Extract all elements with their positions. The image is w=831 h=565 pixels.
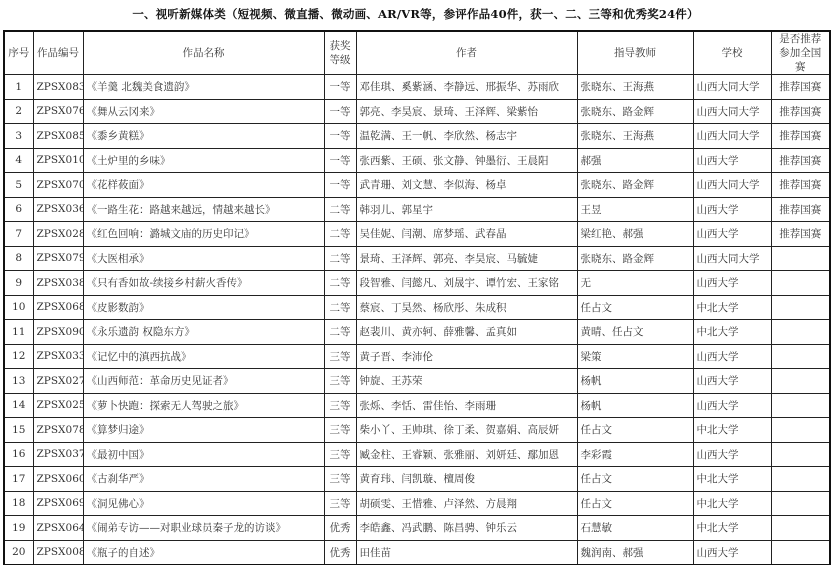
table-row: 11ZPSX090《永乐遗韵 权隐东方》二等赵裴川、黄亦轲、薛雅馨、孟真如黄晴、…: [4, 320, 830, 345]
cell-authors: 蔡宸、丁昊然、杨欣彤、朱成积: [356, 295, 577, 320]
cell-name: 《最初中国》: [83, 442, 324, 467]
cell-advisors: 梁策: [577, 344, 693, 369]
cell-advisors: 张晓东、王海燕: [577, 124, 693, 149]
cell-award: 二等: [324, 320, 356, 345]
cell-award: 二等: [324, 271, 356, 296]
cell-school: 山西大同大学: [693, 173, 771, 198]
cell-name: 《羊羹 北魏美食遗韵》: [83, 75, 324, 100]
cell-authors: 吴佳妮、闫潮、席梦瑶、武春晶: [356, 222, 577, 247]
cell-school: 中北大学: [693, 491, 771, 516]
cell-index: 4: [4, 148, 33, 173]
cell-name: 《永乐遗韵 权隐东方》: [83, 320, 324, 345]
table-row: 16ZPSX037《最初中国》三等臧金柱、王睿颖、张雅丽、刘妍廷、鄢加恩李彩霞山…: [4, 442, 830, 467]
cell-name: 《一路生花：路越来越远，情越来越长》: [83, 197, 324, 222]
cell-school: 山西大学: [693, 369, 771, 394]
cell-recommend: [771, 540, 830, 565]
cell-advisors: 石慧敏: [577, 516, 693, 541]
cell-school: 山西大学: [693, 148, 771, 173]
cell-authors: 武青珊、刘文慧、李似海、杨卓: [356, 173, 577, 198]
cell-school: 山西大学: [693, 344, 771, 369]
cell-index: 19: [4, 516, 33, 541]
cell-name: 《记忆中的滇西抗战》: [83, 344, 324, 369]
cell-name: 《闹弟专访——对职业球员秦子龙的访谈》: [83, 516, 324, 541]
header-school: 学校: [693, 31, 771, 75]
cell-award: 三等: [324, 369, 356, 394]
cell-name: 《洞见佛心》: [83, 491, 324, 516]
cell-advisors: 郝强: [577, 148, 693, 173]
cell-index: 9: [4, 271, 33, 296]
cell-index: 1: [4, 75, 33, 100]
cell-authors: 臧金柱、王睿颖、张雅丽、刘妍廷、鄢加恩: [356, 442, 577, 467]
header-advisors: 指导教师: [577, 31, 693, 75]
cell-recommend: [771, 246, 830, 271]
cell-authors: 钟旋、王苏荣: [356, 369, 577, 394]
cell-authors: 景琦、王泽辉、郭亮、李昊宸、马毓婕: [356, 246, 577, 271]
cell-index: 8: [4, 246, 33, 271]
cell-authors: 柴小丫、王帅琪、徐丁柔、贺嘉娟、高辰妍: [356, 418, 577, 443]
cell-recommend: [771, 467, 830, 492]
cell-index: 12: [4, 344, 33, 369]
header-recommend: 是否推荐参加全国赛: [771, 31, 830, 75]
cell-recommend: [771, 393, 830, 418]
cell-authors: 温乾满、王一帆、李欣然、杨志宇: [356, 124, 577, 149]
cell-award: 一等: [324, 124, 356, 149]
cell-authors: 张烁、李恬、雷佳怡、李雨珊: [356, 393, 577, 418]
cell-award: 一等: [324, 173, 356, 198]
cell-advisors: 杨帆: [577, 393, 693, 418]
cell-index: 17: [4, 467, 33, 492]
cell-index: 18: [4, 491, 33, 516]
cell-index: 14: [4, 393, 33, 418]
cell-code: ZPSX037: [33, 442, 83, 467]
table-row: 2ZPSX076《舞从云冈来》一等郭亮、李昊宸、景琦、王泽辉、梁紫怡张晓东、路金…: [4, 99, 830, 124]
cell-authors: 胡硕雯、王惜雅、卢泽然、方晨翔: [356, 491, 577, 516]
cell-authors: 田佳苗: [356, 540, 577, 565]
header-award: 获奖等级: [324, 31, 356, 75]
cell-index: 5: [4, 173, 33, 198]
cell-index: 20: [4, 540, 33, 565]
cell-recommend: [771, 369, 830, 394]
cell-name: 《红色回响：潞城文庙的历史印记》: [83, 222, 324, 247]
cell-recommend: [771, 516, 830, 541]
cell-advisors: 任占文: [577, 491, 693, 516]
cell-advisors: 张晓东、王海燕: [577, 75, 693, 100]
header-authors: 作者: [356, 31, 577, 75]
table-row: 17ZPSX060《古刹华严》三等黄育玮、闫凯璇、檀周俊任占文中北大学: [4, 467, 830, 492]
cell-recommend: [771, 295, 830, 320]
table-row: 14ZPSX025《萝卜快跑：探索无人驾驶之旅》三等张烁、李恬、雷佳怡、李雨珊杨…: [4, 393, 830, 418]
table-row: 3ZPSX085《黍乡黄糕》一等温乾满、王一帆、李欣然、杨志宇张晓东、王海燕山西…: [4, 124, 830, 149]
table-row: 7ZPSX028《红色回响：潞城文庙的历史印记》二等吴佳妮、闫潮、席梦瑶、武春晶…: [4, 222, 830, 247]
cell-school: 中北大学: [693, 295, 771, 320]
cell-name: 《土炉里的乡味》: [83, 148, 324, 173]
table-row: 10ZPSX068《皮影数韵》二等蔡宸、丁昊然、杨欣彤、朱成积任占文中北大学: [4, 295, 830, 320]
cell-school: 中北大学: [693, 467, 771, 492]
cell-recommend: 推荐国赛: [771, 173, 830, 198]
cell-award: 三等: [324, 442, 356, 467]
cell-code: ZPSX027: [33, 369, 83, 394]
header-code: 作品编号: [33, 31, 83, 75]
cell-advisors: 张晓东、路金辉: [577, 246, 693, 271]
cell-name: 《瓶子的自述》: [83, 540, 324, 565]
cell-authors: 段智雅、闫懿凡、刘晟宇、谭竹宏、王家铭: [356, 271, 577, 296]
cell-award: 三等: [324, 467, 356, 492]
header-index: 序号: [4, 31, 33, 75]
cell-code: ZPSX078: [33, 418, 83, 443]
cell-code: ZPSX079: [33, 246, 83, 271]
table-row: 18ZPSX069《洞见佛心》三等胡硕雯、王惜雅、卢泽然、方晨翔任占文中北大学: [4, 491, 830, 516]
cell-index: 11: [4, 320, 33, 345]
table-row: 4ZPSX010《土炉里的乡味》一等张西紫、王硕、张文静、钟墨衍、王晨阳郝强山西…: [4, 148, 830, 173]
cell-advisors: 无: [577, 271, 693, 296]
header-row: 序号 作品编号 作品名称 获奖等级 作者 指导教师 学校 是否推荐参加全国赛: [4, 31, 830, 75]
cell-advisors: 任占文: [577, 467, 693, 492]
cell-name: 《只有香如故-续接乡村薪火香传》: [83, 271, 324, 296]
cell-advisors: 李彩霞: [577, 442, 693, 467]
cell-code: ZPSX033: [33, 344, 83, 369]
cell-authors: 黄育玮、闫凯璇、檀周俊: [356, 467, 577, 492]
table-row: 1ZPSX083《羊羹 北魏美食遗韵》一等邓佳琪、奚紫涵、李静远、邢振华、苏雨欣…: [4, 75, 830, 100]
cell-authors: 邓佳琪、奚紫涵、李静远、邢振华、苏雨欣: [356, 75, 577, 100]
cell-index: 10: [4, 295, 33, 320]
cell-name: 《黍乡黄糕》: [83, 124, 324, 149]
cell-award: 三等: [324, 344, 356, 369]
cell-recommend: [771, 320, 830, 345]
cell-recommend: [771, 271, 830, 296]
cell-advisors: 杨帆: [577, 369, 693, 394]
cell-authors: 李皓鑫、冯武鹏、陈昌骋、钟乐云: [356, 516, 577, 541]
cell-index: 7: [4, 222, 33, 247]
cell-award: 二等: [324, 246, 356, 271]
cell-authors: 郭亮、李昊宸、景琦、王泽辉、梁紫怡: [356, 99, 577, 124]
cell-index: 15: [4, 418, 33, 443]
cell-index: 3: [4, 124, 33, 149]
table-row: 19ZPSX064《闹弟专访——对职业球员秦子龙的访谈》优秀李皓鑫、冯武鹏、陈昌…: [4, 516, 830, 541]
header-name: 作品名称: [83, 31, 324, 75]
cell-index: 16: [4, 442, 33, 467]
cell-school: 山西大学: [693, 540, 771, 565]
cell-school: 山西大学: [693, 271, 771, 296]
cell-recommend: [771, 344, 830, 369]
cell-name: 《皮影数韵》: [83, 295, 324, 320]
cell-award: 三等: [324, 393, 356, 418]
cell-authors: 张西紫、王硕、张文静、钟墨衍、王晨阳: [356, 148, 577, 173]
cell-advisors: 黄晴、任占文: [577, 320, 693, 345]
cell-award: 三等: [324, 418, 356, 443]
cell-school: 山西大学: [693, 393, 771, 418]
cell-code: ZPSX025: [33, 393, 83, 418]
cell-recommend: 推荐国赛: [771, 148, 830, 173]
cell-award: 一等: [324, 148, 356, 173]
cell-award: 优秀: [324, 516, 356, 541]
cell-name: 《山西师范：革命历史见证者》: [83, 369, 324, 394]
cell-code: ZPSX028: [33, 222, 83, 247]
document-title: 一、视听新媒体类（短视频、微直播、微动画、AR/VR等，参评作品40件，获一、二…: [0, 6, 831, 22]
cell-award: 优秀: [324, 540, 356, 565]
cell-recommend: [771, 418, 830, 443]
cell-award: 二等: [324, 295, 356, 320]
cell-code: ZPSX083: [33, 75, 83, 100]
cell-name: 《花样莜面》: [83, 173, 324, 198]
cell-advisors: 张晓东、路金辉: [577, 173, 693, 198]
cell-award: 一等: [324, 75, 356, 100]
table-row: 13ZPSX027《山西师范：革命历史见证者》三等钟旋、王苏荣杨帆山西大学: [4, 369, 830, 394]
cell-advisors: 任占文: [577, 418, 693, 443]
cell-school: 山西大同大学: [693, 124, 771, 149]
cell-index: 2: [4, 99, 33, 124]
cell-advisors: 张晓东、路金辉: [577, 99, 693, 124]
cell-code: ZPSX070: [33, 173, 83, 198]
cell-recommend: 推荐国赛: [771, 197, 830, 222]
cell-code: ZPSX060: [33, 467, 83, 492]
cell-advisors: 任占文: [577, 295, 693, 320]
cell-code: ZPSX085: [33, 124, 83, 149]
cell-school: 中北大学: [693, 418, 771, 443]
cell-name: 《大医相承》: [83, 246, 324, 271]
cell-code: ZPSX064: [33, 516, 83, 541]
table-row: 9ZPSX038《只有香如故-续接乡村薪火香传》二等段智雅、闫懿凡、刘晟宇、谭竹…: [4, 271, 830, 296]
cell-name: 《舞从云冈来》: [83, 99, 324, 124]
table-row: 12ZPSX033《记忆中的滇西抗战》三等黄子晋、李沛伦梁策山西大学: [4, 344, 830, 369]
cell-code: ZPSX038: [33, 271, 83, 296]
cell-school: 山西大同大学: [693, 75, 771, 100]
cell-advisors: 魏润南、郝强: [577, 540, 693, 565]
cell-school: 山西大同大学: [693, 99, 771, 124]
cell-code: ZPSX076: [33, 99, 83, 124]
cell-school: 中北大学: [693, 516, 771, 541]
cell-advisors: 梁红艳、郝强: [577, 222, 693, 247]
cell-name: 《萝卜快跑：探索无人驾驶之旅》: [83, 393, 324, 418]
cell-award: 二等: [324, 197, 356, 222]
cell-authors: 黄子晋、李沛伦: [356, 344, 577, 369]
cell-award: 一等: [324, 99, 356, 124]
cell-authors: 韩羽儿、郭星宇: [356, 197, 577, 222]
table-row: 8ZPSX079《大医相承》二等景琦、王泽辉、郭亮、李昊宸、马毓婕张晓东、路金辉…: [4, 246, 830, 271]
cell-code: ZPSX036: [33, 197, 83, 222]
cell-recommend: [771, 491, 830, 516]
cell-advisors: 王昱: [577, 197, 693, 222]
cell-name: 《算梦归途》: [83, 418, 324, 443]
table-row: 15ZPSX078《算梦归途》三等柴小丫、王帅琪、徐丁柔、贺嘉娟、高辰妍任占文中…: [4, 418, 830, 443]
table-row: 20ZPSX008《瓶子的自述》优秀田佳苗魏润南、郝强山西大学: [4, 540, 830, 565]
cell-award: 三等: [324, 491, 356, 516]
cell-recommend: 推荐国赛: [771, 124, 830, 149]
cell-code: ZPSX069: [33, 491, 83, 516]
cell-recommend: 推荐国赛: [771, 222, 830, 247]
cell-award: 二等: [324, 222, 356, 247]
cell-code: ZPSX090: [33, 320, 83, 345]
cell-school: 山西大学: [693, 442, 771, 467]
cell-index: 13: [4, 369, 33, 394]
cell-index: 6: [4, 197, 33, 222]
cell-recommend: 推荐国赛: [771, 75, 830, 100]
cell-recommend: [771, 442, 830, 467]
awards-table: 序号 作品编号 作品名称 获奖等级 作者 指导教师 学校 是否推荐参加全国赛 1…: [3, 30, 831, 565]
cell-school: 山西大学: [693, 222, 771, 247]
table-row: 5ZPSX070《花样莜面》一等武青珊、刘文慧、李似海、杨卓张晓东、路金辉山西大…: [4, 173, 830, 198]
table-row: 6ZPSX036《一路生花：路越来越远，情越来越长》二等韩羽儿、郭星宇王昱山西大…: [4, 197, 830, 222]
cell-code: ZPSX010: [33, 148, 83, 173]
cell-code: ZPSX068: [33, 295, 83, 320]
cell-school: 中北大学: [693, 320, 771, 345]
cell-school: 山西大同大学: [693, 246, 771, 271]
cell-school: 山西大学: [693, 197, 771, 222]
cell-recommend: 推荐国赛: [771, 99, 830, 124]
cell-authors: 赵裴川、黄亦轲、薛雅馨、孟真如: [356, 320, 577, 345]
cell-code: ZPSX008: [33, 540, 83, 565]
cell-name: 《古刹华严》: [83, 467, 324, 492]
